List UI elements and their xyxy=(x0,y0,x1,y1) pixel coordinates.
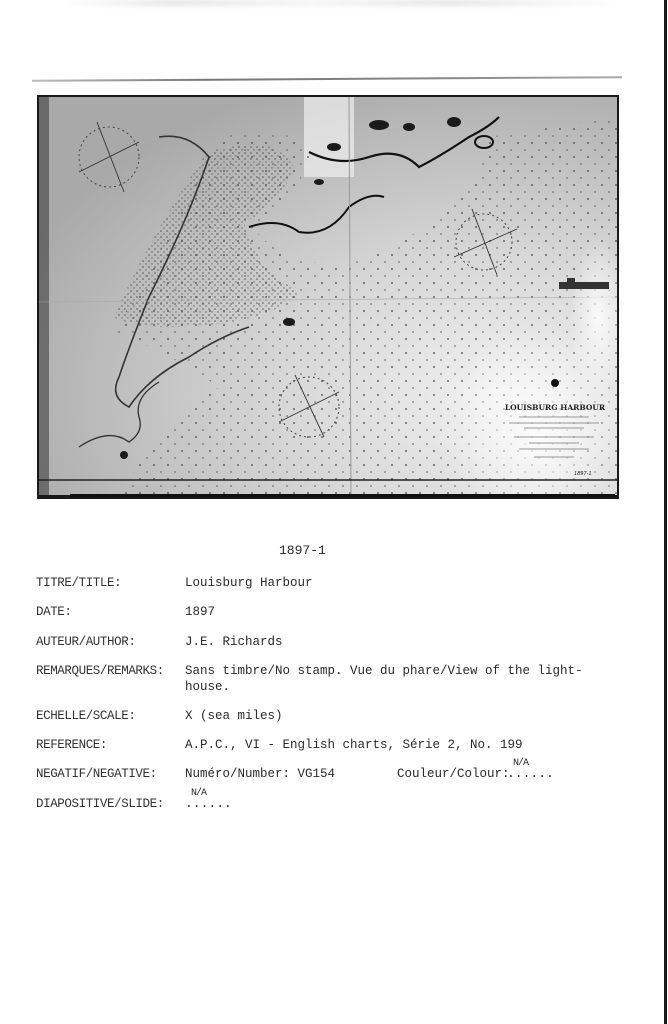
map-image: LOUISBURG HARBOUR 1897-1 xyxy=(37,95,619,499)
field-value: 1897 xyxy=(185,605,215,619)
field-label: REFERENCE: xyxy=(36,738,107,752)
svg-text:1897-1: 1897-1 xyxy=(574,471,592,477)
document-number: 1897-1 xyxy=(279,543,326,558)
colour-dots: ...... xyxy=(507,766,554,781)
field-label: DIAPOSITIVE/SLIDE: xyxy=(36,797,164,811)
field-value: J.E. Richards xyxy=(185,635,283,649)
field-label: DATE: xyxy=(36,605,72,619)
scan-smudge xyxy=(60,0,620,6)
field-label: NEGATIF/NEGATIVE: xyxy=(36,767,157,781)
field-value: A.P.C., VI - English charts, Série 2, No… xyxy=(185,738,523,752)
field-label: TITRE/TITLE: xyxy=(36,576,121,590)
field-label: AUTEUR/AUTHOR: xyxy=(36,635,135,649)
map-underline xyxy=(70,494,615,497)
field-value: Louisburg Harbour xyxy=(185,576,313,590)
field-value: Numéro/Number: VG154 xyxy=(185,767,335,781)
field-value: X (sea miles) xyxy=(185,709,283,723)
top-rule xyxy=(32,76,622,82)
field-label: ECHELLE/SCALE: xyxy=(36,709,135,723)
field-value: Sans timbre/No stamp. Vue du phare/View … xyxy=(185,664,583,678)
field-label: REMARQUES/REMARKS: xyxy=(36,664,164,678)
page-edge xyxy=(664,0,667,1024)
svg-text:LOUISBURG HARBOUR: LOUISBURG HARBOUR xyxy=(505,403,606,412)
nautical-chart: LOUISBURG HARBOUR 1897-1 xyxy=(39,97,617,495)
field-value-continued: house. xyxy=(185,680,230,694)
slide-dots: ...... xyxy=(185,796,232,811)
colour-label: Couleur/Colour: xyxy=(397,767,510,781)
